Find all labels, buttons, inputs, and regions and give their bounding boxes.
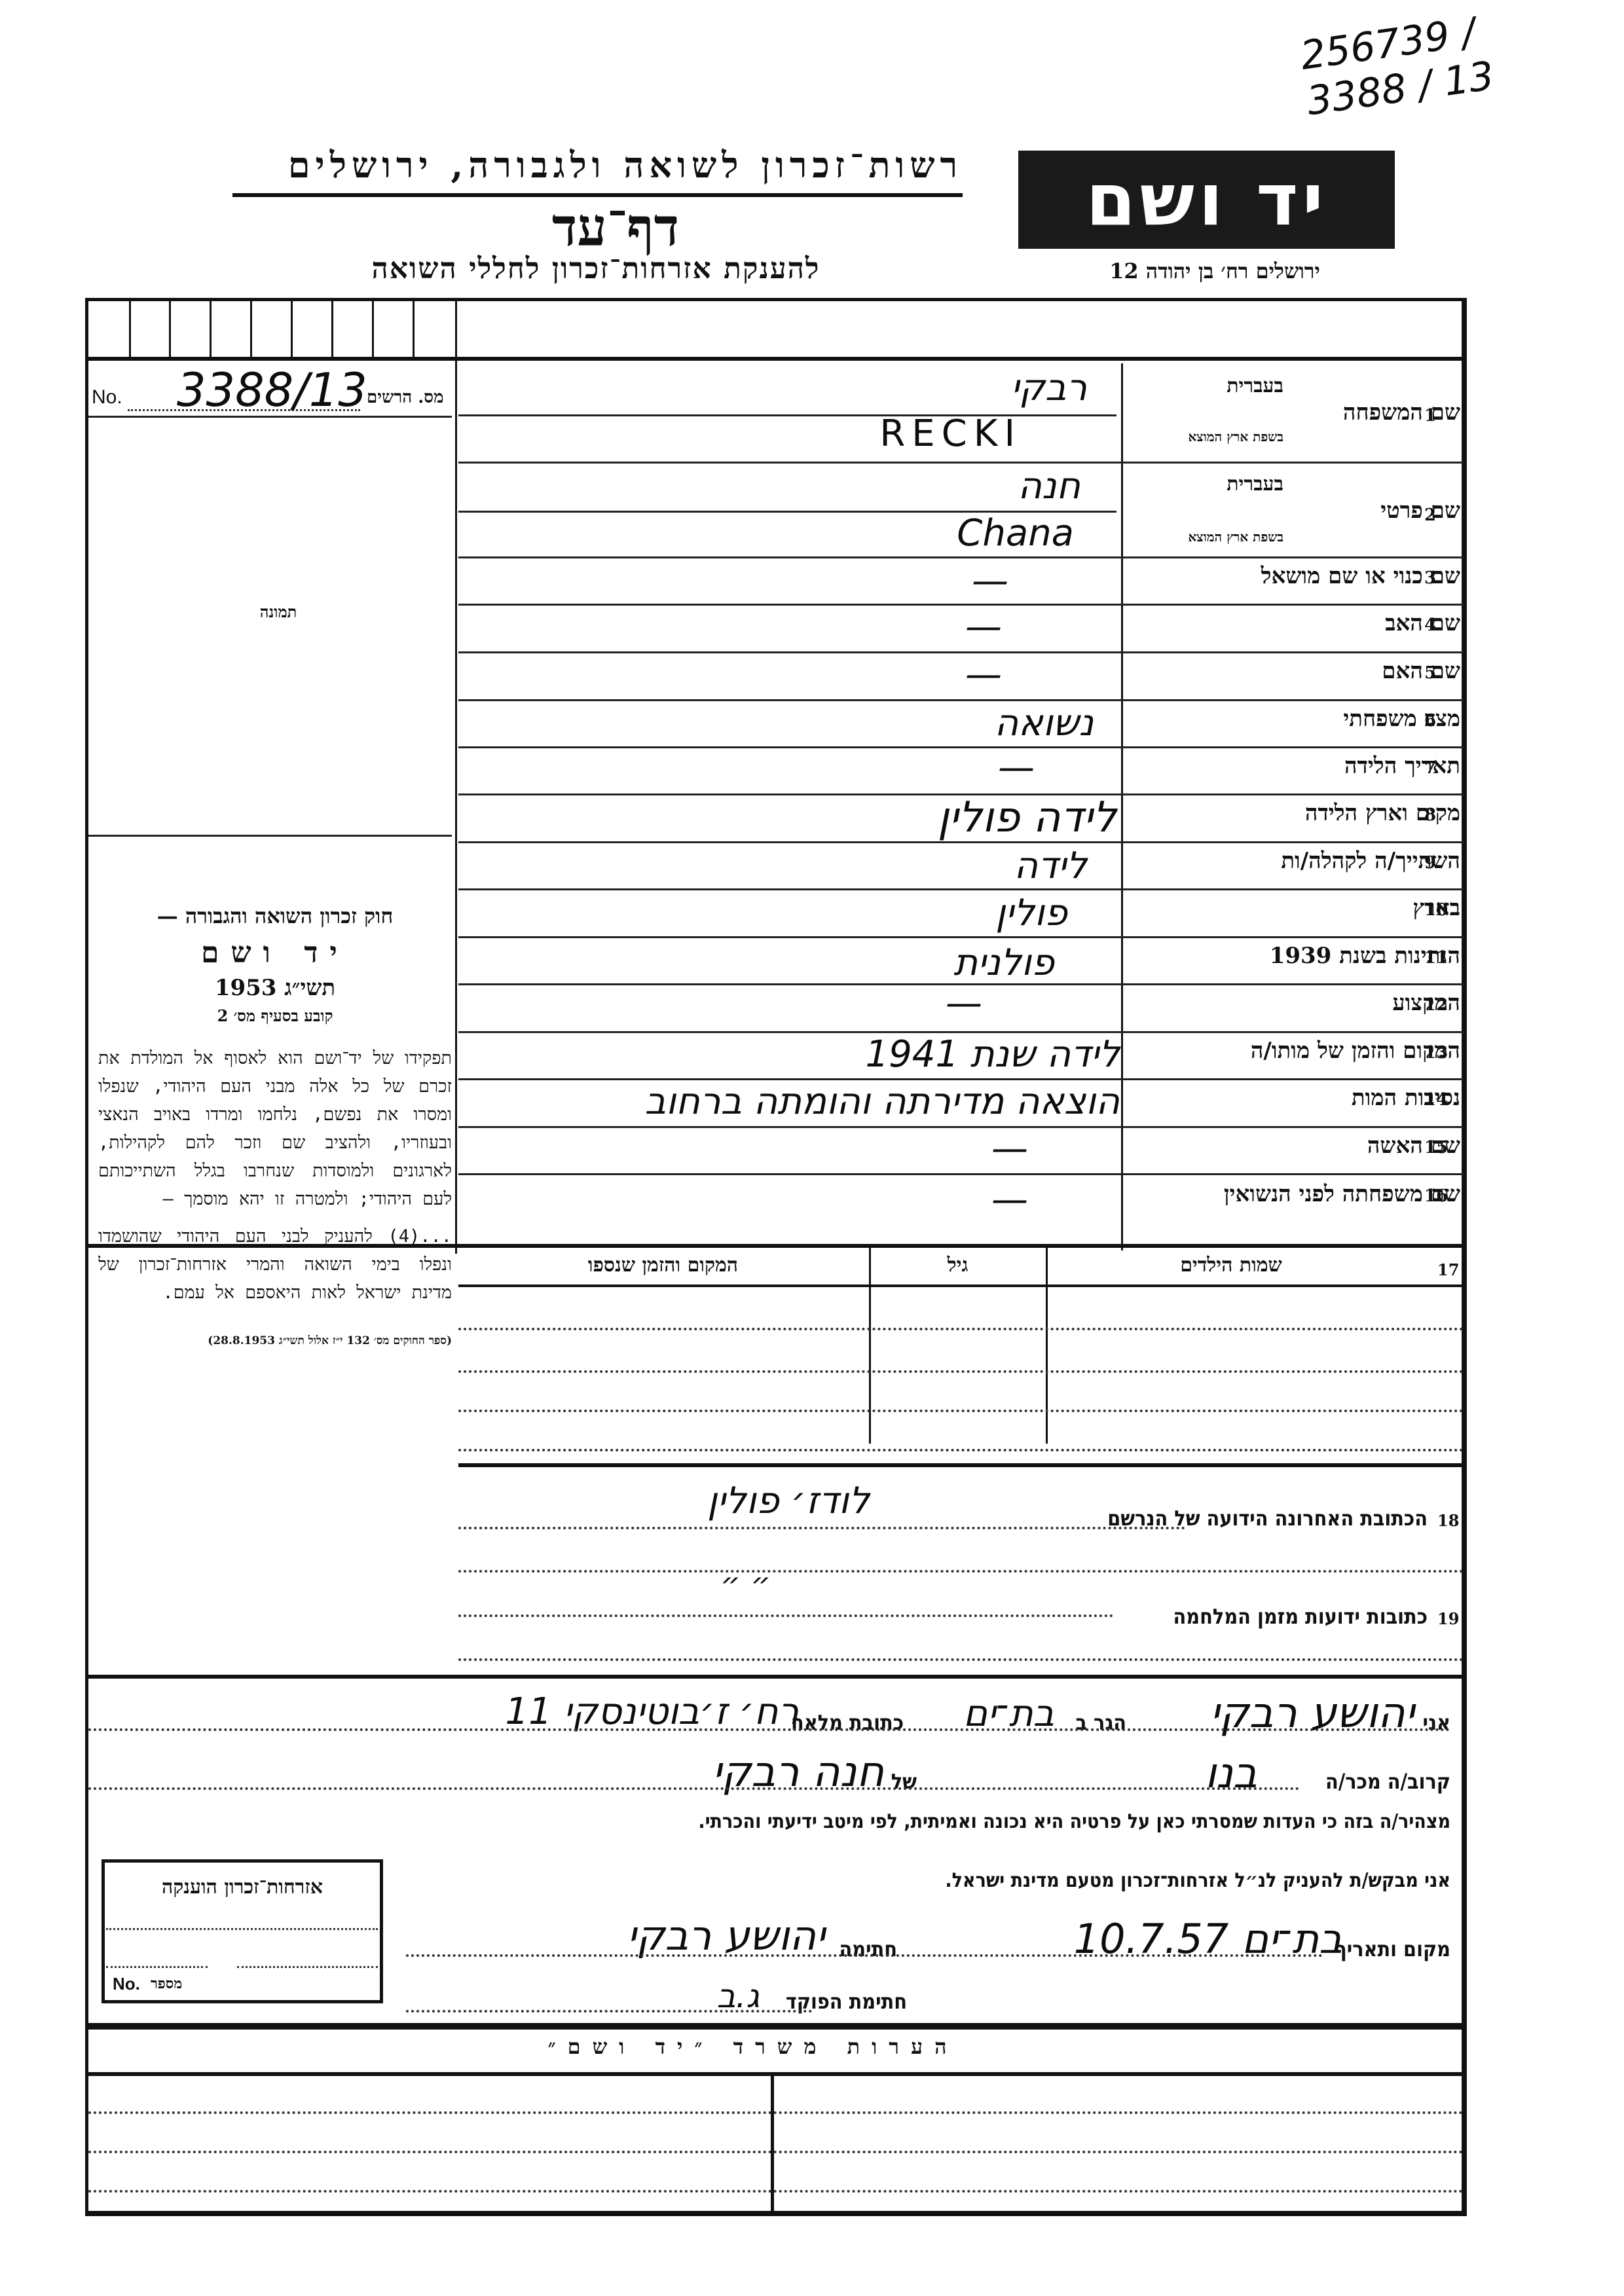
children-col-place-time: המקום והזמן שנספו xyxy=(458,1254,868,1277)
field-15-label: שם האשה xyxy=(1367,1133,1460,1159)
field-1-sub-origin: בשפת ארץ המוצא xyxy=(1188,429,1283,445)
field-3-label: שם כנוי או שם מושאל xyxy=(1261,563,1460,589)
field-19-dotline xyxy=(458,1614,1113,1617)
relative-label: קרוב/ה מכר/ה xyxy=(1325,1769,1450,1794)
remarks-title: הערות משרד ״יד ושם״ xyxy=(426,2034,1080,2059)
children-header-line xyxy=(458,1285,1464,1287)
field-1-value-hebrew[interactable]: רבקי xyxy=(1011,367,1087,409)
row-line xyxy=(458,462,1464,464)
remarks-line xyxy=(88,2151,1464,2153)
officer-signature-dotline xyxy=(406,2010,812,2013)
field-7-label: תאריך הלידה xyxy=(1344,753,1460,779)
field-12-label: המקצוע xyxy=(1392,990,1460,1016)
field-5-value[interactable]: — xyxy=(965,653,1002,696)
signature-dotline xyxy=(406,1954,1323,1957)
children-row-line xyxy=(458,1410,1464,1412)
field-18-value[interactable]: לודז׳ פולין xyxy=(707,1480,870,1522)
field-1-label: שם המשפחה xyxy=(1343,399,1460,426)
row-line xyxy=(458,651,1464,653)
grid-bottom-line xyxy=(85,357,1467,361)
field-10-value[interactable]: פולין xyxy=(995,892,1067,934)
organization-title: רשות־זכרון לשואה ולגבורה, ירושלים xyxy=(223,144,963,186)
stamp-box-dotline xyxy=(106,1966,208,1968)
stamp-box-no-he: מספר xyxy=(151,1975,182,1992)
row-line xyxy=(458,888,1464,890)
field-14-label: נסיבות המות xyxy=(1352,1085,1460,1111)
grid-cell-divider xyxy=(169,301,171,357)
form-subtitle: להענקת אזרחות־זכרון לחללי השואה xyxy=(275,252,917,285)
field-5-label: שם האם xyxy=(1382,658,1460,684)
declaration-dotline-1 xyxy=(88,1728,1450,1731)
field-12-value[interactable]: — xyxy=(946,982,982,1025)
field-18-num: 18 xyxy=(1437,1511,1459,1530)
grid-cell-divider xyxy=(210,301,212,357)
children-table-bottom xyxy=(458,1463,1467,1467)
grid-cell-divider xyxy=(291,301,293,357)
field-2-sub-origin: בשפת ארץ המוצא xyxy=(1188,529,1283,545)
row-line xyxy=(458,1126,1464,1128)
stamp-box-dotline xyxy=(106,1928,378,1930)
children-col-names: שמות הילדים xyxy=(1048,1254,1414,1277)
logo-address: ירושלים רח׳ בן יהודה 12 xyxy=(1035,259,1395,283)
declaration-dotline-2 xyxy=(88,1787,1300,1790)
law-text-clause-4: ...(4) להעניק לבני העם היהודי שהושמדו ונ… xyxy=(98,1222,452,1307)
field-1-value-foreign[interactable]: RECKI xyxy=(879,412,1022,455)
field-18-ditto: ״ ״ xyxy=(720,1566,771,1603)
field-1-sub-hebrew: בעברית xyxy=(1227,374,1283,397)
registration-no-he: מס. הרשים xyxy=(367,388,443,407)
children-row-line xyxy=(458,1449,1464,1451)
field-19-dotline-2 xyxy=(458,1658,1464,1661)
field-7-value[interactable]: — xyxy=(998,746,1035,789)
field-11-label: הנתינות בשנת 1939 xyxy=(1270,943,1460,969)
field-19-label: כתובות ידועות מזמן המלחמה xyxy=(1173,1604,1428,1629)
grid-cell-divider xyxy=(250,301,252,357)
full-address-label: כתובת מלאה xyxy=(791,1710,904,1735)
grid-cell-divider xyxy=(129,301,131,357)
field-18-dotline-2 xyxy=(458,1570,1464,1573)
of-label: של xyxy=(891,1769,917,1794)
field-9-label: השתייך/ה לקהלה/ות xyxy=(1281,848,1460,874)
field-8-value[interactable]: לידה פולין xyxy=(938,793,1116,842)
children-col-age: גיל xyxy=(871,1254,1044,1277)
children-row-line xyxy=(458,1370,1464,1373)
row-line xyxy=(458,746,1464,748)
field-6-value[interactable]: נשואה xyxy=(995,702,1094,744)
photo-label: תמונה xyxy=(229,602,327,622)
registration-underline xyxy=(88,416,452,418)
field-13-label: המקום והזמן של מותו/ה xyxy=(1251,1038,1460,1064)
field-14-value[interactable]: הוצאה מדירתה והומתה ברחוב xyxy=(645,1080,1120,1123)
field-4-value[interactable]: — xyxy=(965,606,1002,648)
field-10-label: בארץ xyxy=(1412,895,1460,921)
place-date-label: מקום ותאריך xyxy=(1336,1937,1450,1961)
field-8-label: מקום וארץ הלידה xyxy=(1305,800,1460,826)
declaration-statement-2: אני מבקש/ת להעניק לנ״ל אזרחות־זכרון מטעם… xyxy=(945,1869,1450,1892)
field-17-num: 17 xyxy=(1437,1260,1459,1279)
field-16-label: שם משפחתה לפני הנשואין xyxy=(1224,1181,1460,1207)
registration-number-value[interactable]: 3388/13 xyxy=(177,363,367,417)
remarks-line xyxy=(88,2111,1464,2114)
field-15-value[interactable]: — xyxy=(991,1127,1028,1170)
signature-label: חתימה xyxy=(839,1937,897,1961)
yad-vashem-logo: יד ושם xyxy=(1018,151,1395,249)
law-title: חוק זכרון השואה והגבורה — xyxy=(98,903,452,928)
grid-cell-divider xyxy=(372,301,374,357)
field-11-value[interactable]: פולנית xyxy=(953,941,1054,984)
row-line xyxy=(458,604,1464,606)
children-row-line xyxy=(458,1328,1464,1330)
field-2-label: שם פרטי xyxy=(1380,498,1460,524)
declaration-divider xyxy=(85,1675,1467,1679)
row-line xyxy=(458,556,1464,558)
row-line xyxy=(458,936,1464,938)
field-19-num: 19 xyxy=(1437,1609,1459,1628)
field-9-value[interactable]: לידה xyxy=(1014,845,1087,887)
grid-cell-divider xyxy=(413,301,415,357)
resides-label: הגר ב xyxy=(1075,1710,1126,1735)
remarks-line xyxy=(88,2190,1464,2193)
field-16-value[interactable]: — xyxy=(991,1178,1028,1221)
law-excerpt: חוק זכרון השואה והגבורה — יד ושם תשי״ג 1… xyxy=(98,903,452,1347)
logo-text: יד ושם xyxy=(1086,158,1327,242)
children-col-divider xyxy=(869,1247,871,1444)
row-line xyxy=(458,1173,1464,1175)
remarks-col-divider xyxy=(771,2074,774,2215)
declaration-i-label: אני xyxy=(1423,1710,1450,1735)
stamp-box-dotline xyxy=(237,1966,378,1968)
law-year: תשי״ג 1953 xyxy=(98,975,452,1001)
archive-number-handwritten: 256739 / 3388 / 13 xyxy=(1298,7,1505,124)
children-col-divider xyxy=(1046,1247,1048,1444)
grid-cell-divider xyxy=(331,301,333,357)
field-4-label: שם האב xyxy=(1385,610,1460,636)
remarks-header-line xyxy=(85,2072,1467,2076)
law-clause: קובע בסעיף מס׳ 2 xyxy=(98,1006,452,1026)
field-2-sub-hebrew: בעברית xyxy=(1227,473,1283,496)
photo-area-bottom xyxy=(88,835,452,837)
relation-value[interactable]: בנו xyxy=(1205,1749,1257,1798)
row-line xyxy=(458,699,1464,701)
label-column-divider xyxy=(1121,363,1123,1250)
declaration-statement-1: מצהיר/ה בזה כי העדות שמסרתי כאן על פרטיה… xyxy=(698,1810,1450,1833)
field-2-value-hebrew[interactable]: חנה xyxy=(1018,465,1080,507)
left-column-divider xyxy=(455,301,457,1254)
registration-no-en: No. xyxy=(92,386,122,409)
signature-value[interactable]: יהושע רבקי xyxy=(627,1912,825,1959)
field-3-value[interactable]: — xyxy=(972,560,1008,602)
field-13-value[interactable]: לידה שנת 1941 xyxy=(865,1033,1120,1076)
stamp-box-no-en: No. xyxy=(113,1974,140,1994)
law-source: (ספר החוקים מס׳ 132 י״ז אלול תשי״ג 28.8.… xyxy=(98,1334,452,1347)
law-text: תפקידו של יד־ושם הוא לאסוף אל המולדת את … xyxy=(98,1044,452,1213)
field-18-dotline xyxy=(458,1527,1185,1529)
remarks-top-divider xyxy=(85,2023,1467,2030)
stamp-box-title: אזרחות־זכרון הוענקה xyxy=(115,1876,370,1899)
full-address-value[interactable]: רח׳ ז׳בוטינסקי 11 xyxy=(506,1690,799,1733)
field-2-value-foreign[interactable]: Chana xyxy=(957,512,1074,555)
law-name: יד ושם xyxy=(98,936,452,970)
field-6-label: מצב משפחתי xyxy=(1343,706,1460,732)
form-title: דף־עד xyxy=(419,196,812,259)
